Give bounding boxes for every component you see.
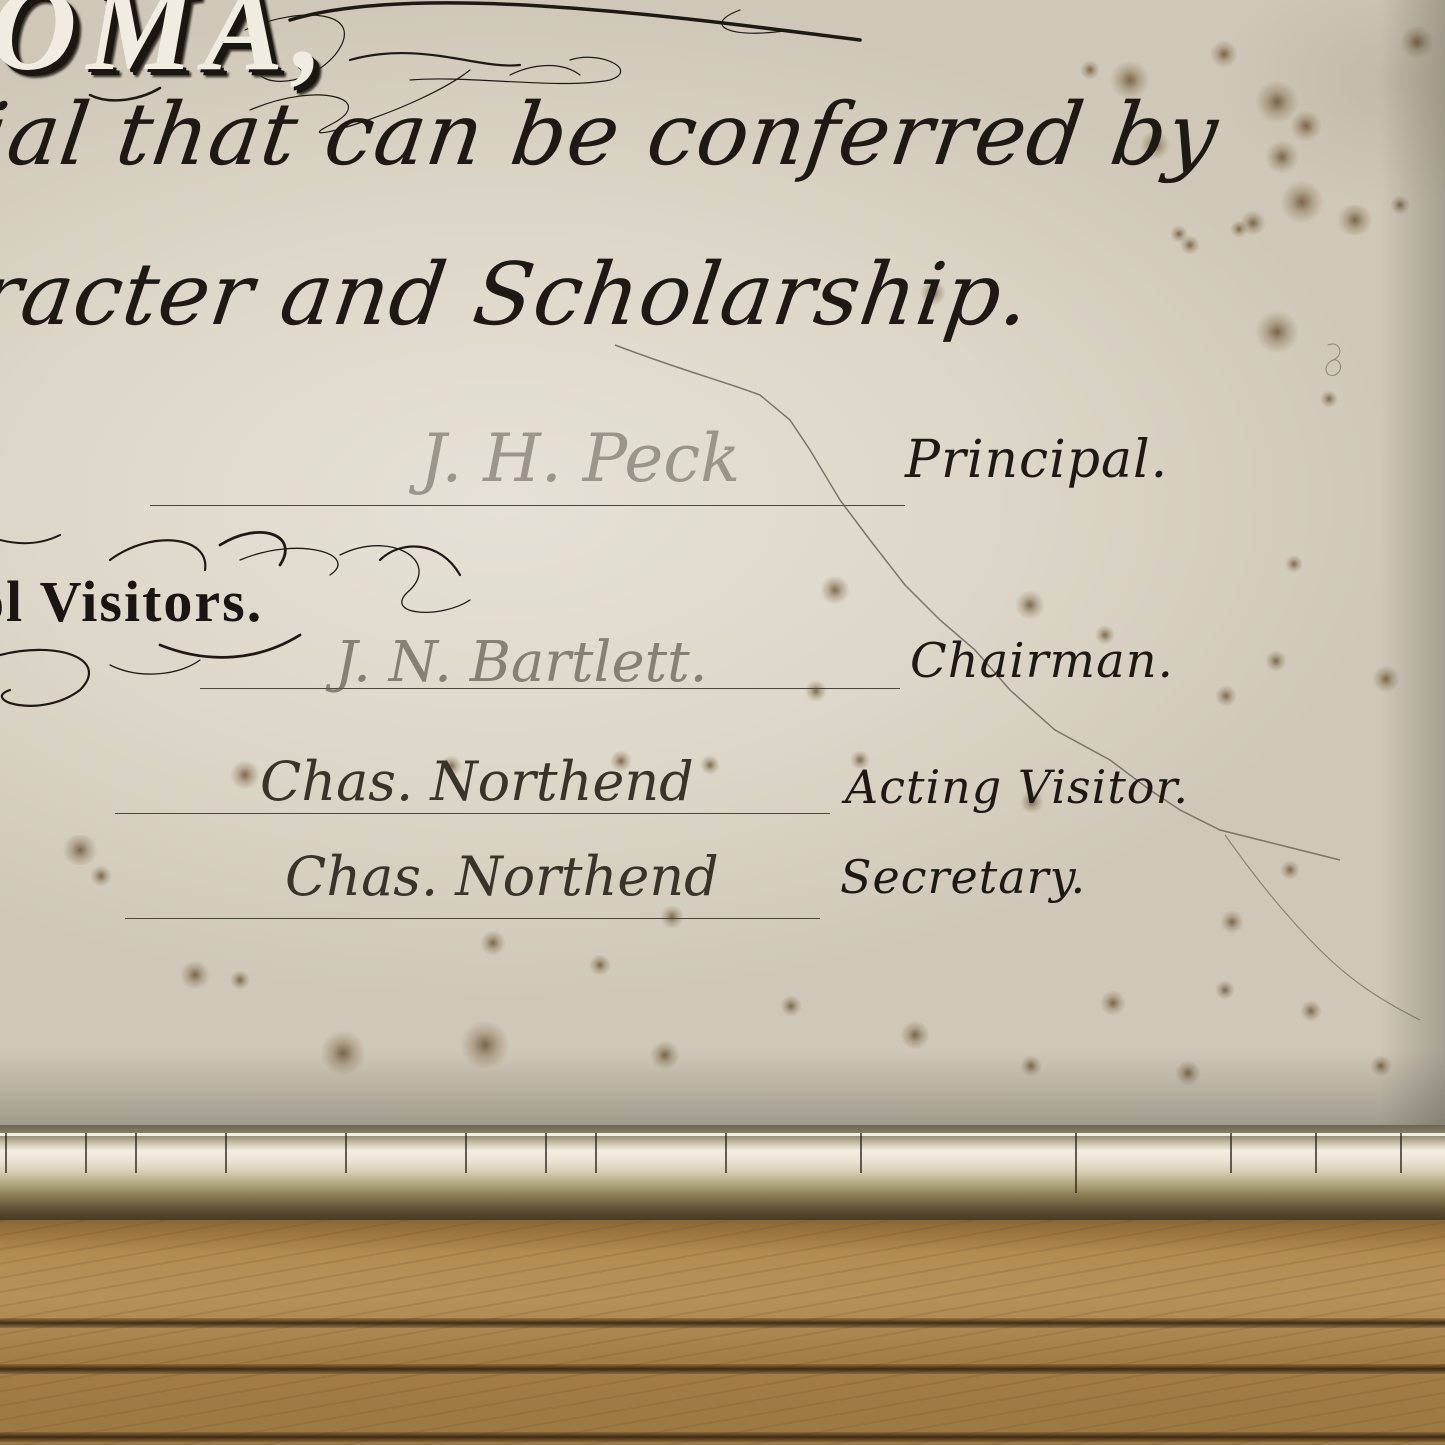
body-line-2: racter and Scholarship.	[0, 245, 1037, 345]
gilt-highlight	[0, 1133, 1445, 1136]
title-secretary: Secretary.	[840, 850, 1086, 904]
gilt-frame-molding	[0, 1125, 1445, 1225]
framed-diploma-photo: OMA, ial that can be conferred by racter…	[0, 0, 1445, 1445]
title-chairman: Chairman.	[910, 633, 1174, 689]
title-acting-visitor: Acting Visitor.	[845, 760, 1189, 814]
frame-groove-3	[0, 1432, 1445, 1442]
title-principal: Principal.	[905, 430, 1168, 490]
frame-shadow-right	[1380, 0, 1445, 1135]
frame-groove-2	[0, 1364, 1445, 1374]
signature-secretary: Chas. Northend	[285, 845, 719, 908]
signature-principal: J. H. Peck	[420, 420, 740, 497]
signature-acting-visitor: Chas. Northend	[260, 750, 694, 813]
frame-groove-1	[0, 1318, 1445, 1328]
signature-line-principal	[150, 505, 905, 506]
signature-line-acting-visitor	[115, 813, 830, 814]
oak-wood-frame	[0, 1220, 1445, 1445]
body-line-1: ial that can be conferred by	[0, 85, 1224, 185]
signature-chairman: J. N. Bartlett.	[335, 630, 707, 695]
board-of-visitors-heading: ol Visitors.	[0, 568, 263, 635]
signature-line-secretary	[125, 918, 820, 919]
diploma-heading-fragment: OMA,	[0, 0, 333, 98]
frame-shadow-bottom	[0, 1050, 1445, 1135]
